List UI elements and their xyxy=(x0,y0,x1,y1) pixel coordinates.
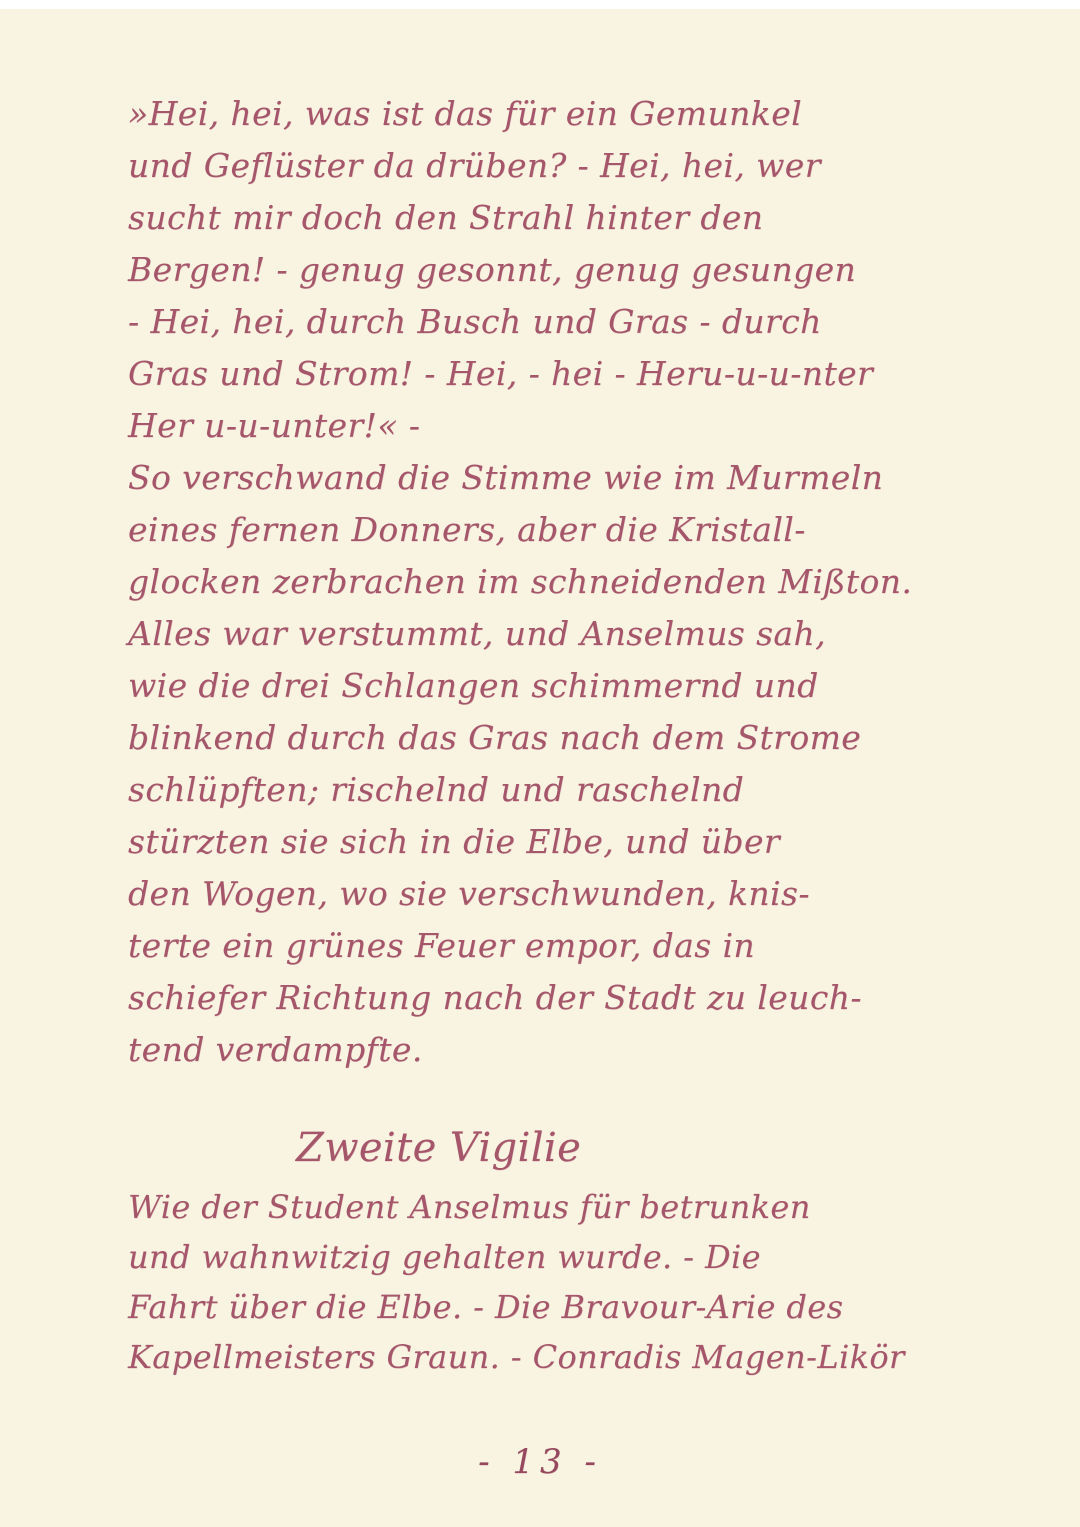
manuscript-line: stürzten sie sich in die Elbe, und über xyxy=(128,816,988,868)
manuscript-line: tend verdampfte. xyxy=(128,1024,988,1076)
manuscript-line: Gras und Strom! - Hei, - hei - Heru-u-u-… xyxy=(128,348,988,400)
manuscript-line: Alles war verstummt, und Anselmus sah, xyxy=(128,608,988,660)
manuscript-line: schiefer Richtung nach der Stadt zu leuc… xyxy=(128,972,988,1024)
manuscript-line: eines fernen Donners, aber die Kristall- xyxy=(128,504,988,556)
scan-edge xyxy=(0,0,1080,9)
manuscript-line: wie die drei Schlangen schimmernd und xyxy=(128,660,988,712)
manuscript-line: und Geflüster da drüben? - Hei, hei, wer xyxy=(128,140,988,192)
manuscript-line: blinkend durch das Gras nach dem Strome xyxy=(128,712,988,764)
manuscript-page: »Hei, hei, was ist das für ein Gemunkel … xyxy=(0,0,1080,1527)
manuscript-line: den Wogen, wo sie verschwunden, knis- xyxy=(128,868,988,920)
manuscript-line: - Hei, hei, durch Busch und Gras - durch xyxy=(128,296,988,348)
manuscript-text: »Hei, hei, was ist das für ein Gemunkel … xyxy=(128,88,988,1382)
chapter-summary-line: und wahnwitzig gehalten wurde. - Die xyxy=(128,1232,988,1282)
manuscript-line: terte ein grünes Feuer empor, das in xyxy=(128,920,988,972)
manuscript-line: sucht mir doch den Strahl hinter den xyxy=(128,192,988,244)
manuscript-line: glocken zerbrachen im schneidenden Mißto… xyxy=(128,556,988,608)
manuscript-line: Bergen! - genug gesonnt, genug gesungen xyxy=(128,244,988,296)
chapter-heading: Zweite Vigilie xyxy=(296,1120,988,1176)
manuscript-line: »Hei, hei, was ist das für ein Gemunkel xyxy=(128,88,988,140)
page-number: - 13 - xyxy=(0,1442,1080,1482)
chapter-summary-line: Fahrt über die Elbe. - Die Bravour-Arie … xyxy=(128,1282,988,1332)
chapter-summary-line: Wie der Student Anselmus für betrunken xyxy=(128,1182,988,1232)
manuscript-line: So verschwand die Stimme wie im Murmeln xyxy=(128,452,988,504)
chapter-summary-line: Kapellmeisters Graun. - Conradis Magen-L… xyxy=(128,1332,988,1382)
manuscript-line: Her u-u-unter!« - xyxy=(128,400,988,452)
manuscript-line: schlüpften; rischelnd und raschelnd xyxy=(128,764,988,816)
